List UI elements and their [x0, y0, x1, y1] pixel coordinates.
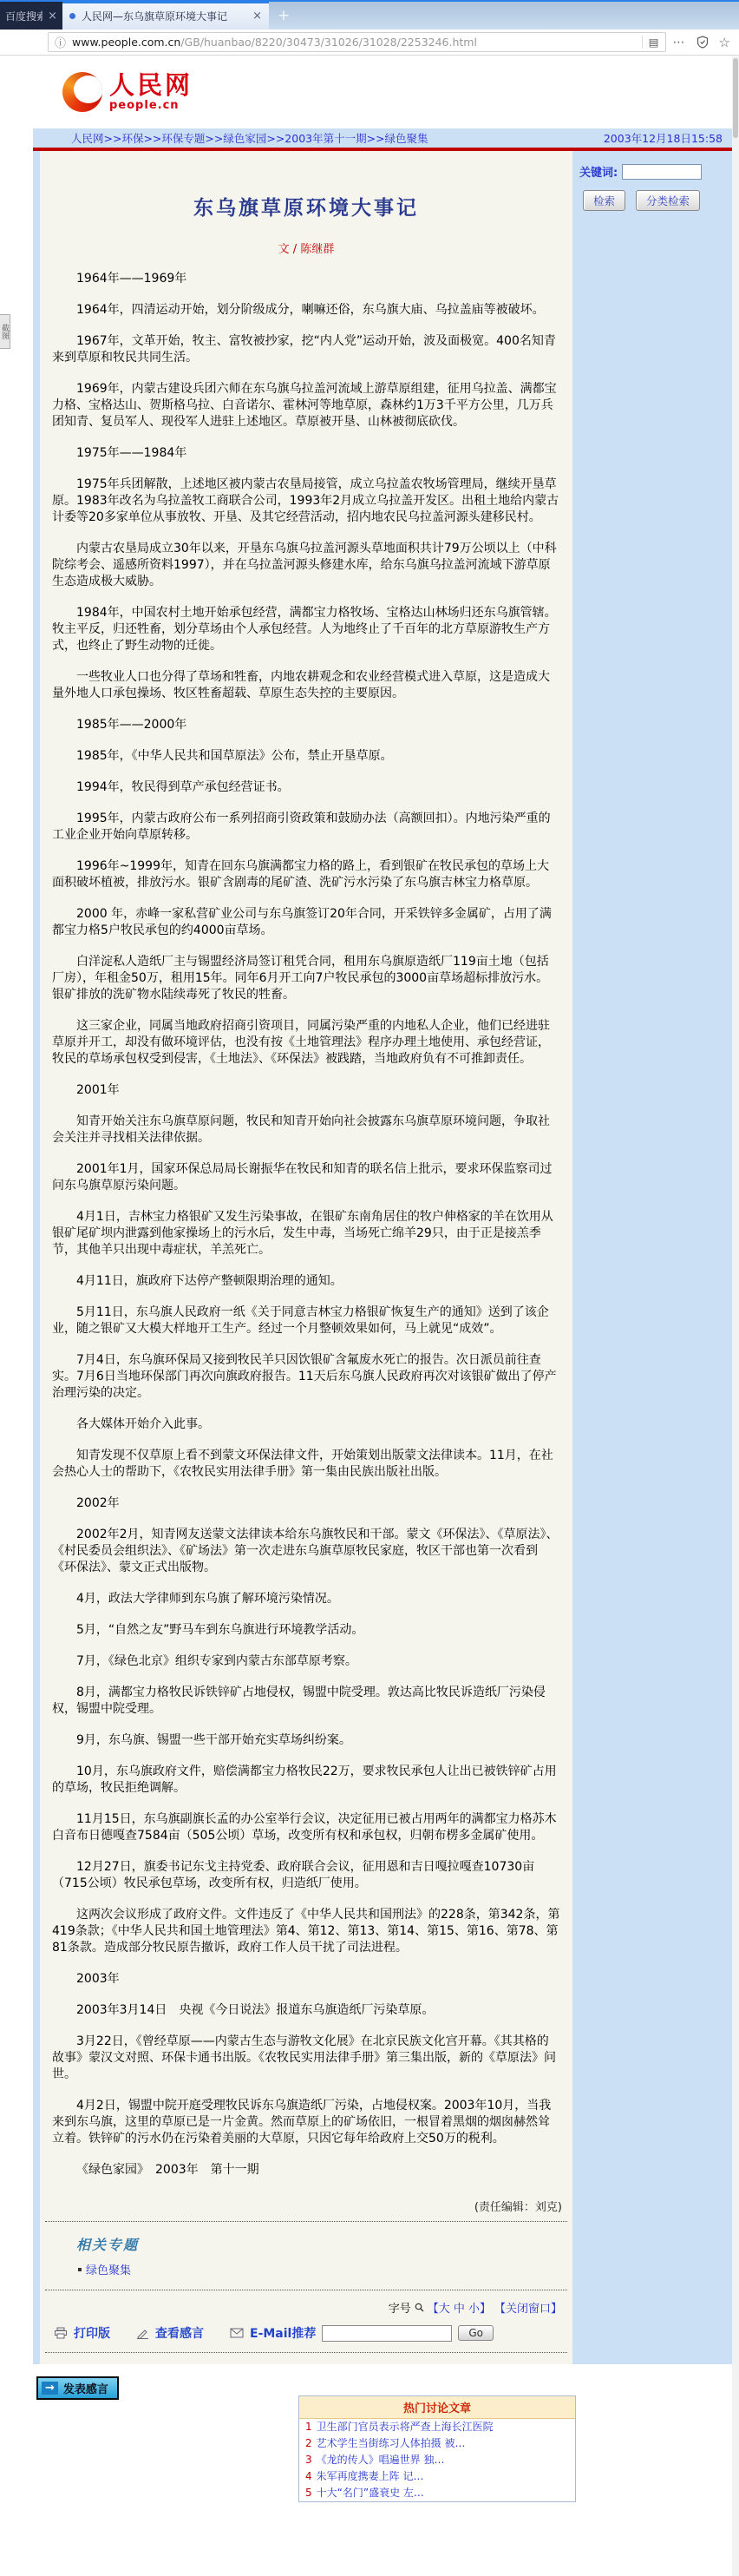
article-paragraph: 白洋淀私人造纸厂主与锡盟经济局签订租凭合同，租用东乌旗原造纸厂119亩土地（包括…: [52, 954, 560, 1003]
article-paragraph: 1964年——1969年: [52, 271, 560, 287]
email-go-button[interactable]: Go: [458, 2325, 494, 2341]
bottom-strip: → 发表感言 热门讨论文章 1 卫生部门官员表示将严查上海长江医院 2: [33, 2364, 733, 2494]
article-paragraph: 2003年3月14日 央视《今日说法》报道东乌旗造纸厂污染草原。: [52, 2002, 560, 2019]
envelope-icon: [230, 2328, 244, 2338]
article-datetime: 2003年12月18日15:58: [604, 130, 723, 146]
site-info-icon[interactable]: ⓘ: [55, 34, 66, 50]
new-tab-button[interactable]: +: [269, 2, 298, 30]
article-paragraph: 5月，“自然之友”野马车到东乌旗进行环境教学活动。: [52, 1622, 560, 1639]
tab-active[interactable]: 人民网—东乌旗草原环境大事记 ×: [62, 2, 269, 30]
hot-articles-box: 热门讨论文章 1 卫生部门官员表示将严查上海长江医院 2 艺术学生当街练习人体拍…: [298, 2395, 576, 2502]
hot-article-row: 4 朱军再度携妻上阵 记…: [299, 2468, 575, 2485]
editor-note: (责任编辑：刘克): [42, 2198, 562, 2214]
tab-active-title: 人民网—东乌旗草原环境大事记: [82, 9, 227, 23]
article-paragraph: 4月1日，吉林宝力格银矿又发生污染事故，在银矿东南角居住的牧户伸格家的羊在饮用从…: [52, 1209, 560, 1258]
urlbar-separator: [642, 36, 643, 49]
printer-icon: [54, 2327, 68, 2339]
font-size-label: 字号: [389, 2299, 411, 2316]
url-path: /GB/huanbao/8220/30473/31026/31028/22532…: [180, 36, 477, 49]
article-paragraph: 1985年——2000年: [52, 717, 560, 733]
hot-article-link[interactable]: 《龙的传人》唱遍世界 独…: [317, 2453, 445, 2468]
hot-article-rank: 4: [305, 2469, 312, 2484]
email-recommend-label[interactable]: E-Mail推荐: [250, 2324, 316, 2342]
article-paragraph: 1975年——1984年: [52, 445, 560, 462]
hot-article-link[interactable]: 朱军再度携妻上阵 记…: [317, 2469, 424, 2484]
related-topic-link[interactable]: 绿色聚集: [78, 2261, 571, 2277]
url-text: www.people.com.cn/GB/huanbao/8220/30473/…: [72, 36, 477, 49]
article-paragraph: 10月，东乌旗政府文件，赔偿满都宝力格牧民22万，要求牧民承包人让出已被铁锌矿占…: [52, 1764, 560, 1797]
tab-background-title: 百度搜索: [5, 9, 43, 23]
hot-article-link[interactable]: 卫生部门官员表示将严查上海长江医院: [317, 2420, 494, 2435]
dotted-divider: [45, 2290, 567, 2290]
article-tools-row: 打印版 查看感言 E-Mail推荐 Go: [54, 2324, 571, 2342]
keyword-search-input[interactable]: [622, 164, 702, 180]
hot-article-row: 2 艺术学生当街练习人体拍摄 被…: [299, 2435, 575, 2452]
hot-articles-title: 热门讨论文章: [299, 2396, 575, 2419]
font-size-row: 字号 【大 中 小】 【关闭窗口】: [42, 2299, 562, 2316]
article-paragraph: 12月27日，旗委书记东戈主持党委、政府联合会议，征用恩和吉日嘎拉嘎查10730…: [52, 1859, 560, 1892]
article-paragraph: 1964年，四清运动开始，划分阶级成分，喇嘛还俗，东乌旗大庙、乌拉盖庙等被破坏。: [52, 302, 560, 319]
toolbar-actions: ⋯ ☆: [673, 35, 730, 50]
hot-article-link[interactable]: 艺术学生当街练习人体拍摄 被…: [317, 2436, 466, 2451]
page-actions-icon[interactable]: ⋯: [673, 36, 686, 49]
site-header: 人民网 people.cn: [33, 56, 733, 128]
article-paragraph: 4月2日，锡盟中院开庭受理牧民诉东乌旗造纸厂污染，占地侵权案。2003年10月，…: [52, 2098, 560, 2147]
hot-article-rank: 5: [305, 2486, 312, 2500]
article-paragraph: 《绿色家园》 2003年 第十一期: [52, 2162, 560, 2178]
article-paragraph: 这三家企业，同属当地政府招商引资项目，同属污染严重的内地私人企业，他们已经进驻草…: [52, 1018, 560, 1068]
dotted-divider: [45, 2221, 567, 2222]
article-paragraph: 8月，满都宝力格牧民诉铁锌矿占地侵权，锡盟中院受理。敦达高比牧民诉造纸厂污染侵权…: [52, 1685, 560, 1718]
article-paragraph: 1969年，内蒙古建设兵团六师在东乌旗乌拉盖河流域上游草原组建，征用乌拉盖、满都…: [52, 381, 560, 430]
hot-article-row: 3 《龙的传人》唱遍世界 独…: [299, 2452, 575, 2468]
shield-icon[interactable]: [696, 36, 709, 49]
article-paragraph: 7月，《绿色北京》组织专家到内蒙古东部草原考察。: [52, 1653, 560, 1670]
article-title: 东乌旗草原环境大事记: [42, 164, 571, 220]
article-paragraph: 11月15日，东乌旗副旗长孟的办公室举行会议，决定征用已被占用两年的满都宝力格苏…: [52, 1811, 560, 1844]
view-comments-link[interactable]: 查看感言: [155, 2324, 204, 2342]
people-cn-logo-mark-icon: [62, 72, 102, 112]
hot-article-link[interactable]: 十大“名门”盛衰史 左…: [317, 2486, 424, 2500]
search-button[interactable]: 检索: [583, 190, 625, 211]
keyword-label: 关键词:: [579, 163, 618, 180]
article-paragraph: 1985年，《中华人民共和国草原法》公布，禁止开垦草原。: [52, 748, 560, 765]
article-paragraph: 4月11日，旗政府下达停产整顿限期治理的通知。: [52, 1273, 560, 1290]
hot-article-rank: 2: [305, 2436, 312, 2451]
font-size-options[interactable]: 【大 中 小】: [428, 2299, 491, 2316]
article-paragraph: 5月11日，东乌旗人民政府一纸《关于同意吉林宝力格银矿恢复生产的通知》送到了该企…: [52, 1304, 560, 1337]
article-paragraph: 2002年: [52, 1495, 560, 1512]
article-paragraph: 2000 年，赤峰一家私营矿业公司与东乌旗签订20年合同，开采铁锌多金属矿，占用…: [52, 906, 560, 939]
article-byline: 文 / 陈继群: [42, 240, 571, 256]
hot-article-row: 1 卫生部门官员表示将严查上海长江医院: [299, 2419, 575, 2435]
breadcrumb[interactable]: 人民网>>环保>>环保专题>>绿色家园>>2003年第十一期>>绿色聚集: [71, 130, 428, 146]
bookmark-star-icon[interactable]: ☆: [719, 35, 730, 50]
article-paragraph: 3月22日，《曾经草原——内蒙古生态与游牧文化展》在北京民族文化宫开幕。《其其格…: [52, 2034, 560, 2083]
page: 人民网 people.cn 人民网>>环保>>环保专题>>绿色家园>>2003年…: [0, 56, 739, 2494]
article-paragraph: 1975年兵团解散，上述地区被内蒙古农垦局接管，成立乌拉盖农牧场管理局，继续开垦…: [52, 476, 560, 526]
post-comment-button[interactable]: → 发表感言: [36, 2376, 119, 2400]
tab-background[interactable]: 百度搜索 ×: [0, 2, 62, 30]
category-search-button[interactable]: 分类检索: [636, 190, 700, 211]
pen-icon: [136, 2328, 149, 2339]
article-paragraph: 1996年~1999年，知青在回东乌旗满都宝力格的路上，看到银矿在牧民承包的草场…: [52, 858, 560, 891]
article-paragraph: 一些牧业人口也分得了草场和牲畜，内地农耕观念和农业经营模式进入草原，这是造成大量…: [52, 669, 560, 702]
article-paragraph: 知青发现不仅草原上看不到蒙文环保法律文件，开始策划出版蒙文法律读本。11月，在社…: [52, 1448, 560, 1481]
article-paragraph: 1994年，牧民得到草产承包经营证书。: [52, 779, 560, 796]
close-window-link[interactable]: 【关闭窗口】: [494, 2299, 562, 2316]
article-paragraph: 1984年，中国农村土地开始承包经营，满都宝力格牧场、宝格达山林场归还东乌旗管辖…: [52, 605, 560, 654]
square-bullet-icon: [78, 2268, 82, 2271]
print-version-link[interactable]: 打印版: [74, 2324, 110, 2342]
article-paragraph: 知青开始关注东乌旗草原问题，牧民和知青开始向社会披露东乌旗草原环境问题，争取社会…: [52, 1114, 560, 1147]
hot-article-row: 5 十大“名门”盛衰史 左…: [299, 2485, 575, 2501]
related-links: 绿色聚集: [42, 2261, 571, 2277]
tab-close-icon[interactable]: ×: [48, 10, 57, 23]
article-paragraph: 这两次会议形成了政府文件。文件违反了《中华人民共和国刑法》的228条，第342条…: [52, 1907, 560, 1956]
article-paragraph: 7月4日，东乌旗环保局又接到牧民羊只因饮银矿含氟废水死亡的报告。次日派员前往查实…: [52, 1352, 560, 1402]
hot-article-rank: 1: [305, 2420, 312, 2435]
arrow-right-icon: →: [42, 2382, 58, 2395]
scrollbar-thumb[interactable]: [733, 58, 738, 138]
people-cn-logo[interactable]: 人民网 people.cn: [62, 72, 193, 112]
magnifier-icon[interactable]: [415, 2303, 424, 2312]
article-paragraph: 9月，东乌旗、锡盟一些干部开始充实草场纠纷案。: [52, 1732, 560, 1749]
article-paragraph: 2002年2月，知青网友送蒙文法律读本给东乌旗牧民和干部。蒙文《环保法》、《草原…: [52, 1527, 560, 1576]
article-paragraph: 1967年，文革开始，牧主、富牧被抄家，挖“内人党”运动开始，波及面极宽。400…: [52, 333, 560, 366]
article-paragraph: 1995年，内蒙古政府公布一系列招商引资政策和鼓励办法（高额回扣）。内地污染严重…: [52, 811, 560, 844]
article-paragraph: 4月，政法大学律师到东乌旗了解环境污染情况。: [52, 1591, 560, 1607]
email-recommend-input[interactable]: [322, 2325, 452, 2342]
url-bar[interactable]: ⓘ www.people.com.cn/GB/huanbao/8220/3047…: [48, 32, 666, 52]
post-comment-label: 发表感言: [63, 2380, 108, 2396]
tab-close-icon[interactable]: ×: [252, 10, 262, 23]
related-topics-header: 相关专题: [76, 2234, 571, 2254]
logo-english-text: people.cn: [109, 99, 193, 112]
url-domain: www.people.com.cn: [72, 36, 180, 49]
hot-article-rank: 3: [305, 2453, 312, 2468]
article-paragraph: 2001年: [52, 1082, 560, 1099]
article-paragraph: 各大媒体开始介入此事。: [52, 1416, 560, 1433]
browser-toolbar: ⓘ www.people.com.cn/GB/huanbao/8220/3047…: [0, 30, 739, 56]
search-sidebar: 关键词: 检索 分类检索: [572, 151, 733, 2364]
side-widget-tab[interactable]: 截图: [0, 314, 10, 349]
page-scrollbar[interactable]: [732, 56, 739, 2576]
article-body: 1964年——1969年 1964年，四清运动开始，划分阶级成分，喇嘛还俗，东乌…: [52, 271, 560, 2178]
breadcrumb-bar: 人民网>>环保>>环保专题>>绿色家园>>2003年第十一期>>绿色聚集 200…: [33, 128, 733, 148]
favicon-dot-icon: [69, 13, 75, 19]
browser-tab-bar: 百度搜索 × 人民网—东乌旗草原环境大事记 × +: [0, 0, 739, 30]
reader-mode-icon[interactable]: ▤: [649, 36, 659, 49]
article-paragraph: 内蒙古农垦局成立30年以来，开垦东乌旗乌拉盖河源头草地面积共计79万公顷以上（中…: [52, 541, 560, 590]
hot-articles-list: 1 卫生部门官员表示将严查上海长江医院 2 艺术学生当街练习人体拍摄 被… 3 …: [299, 2419, 575, 2501]
logo-chinese-text: 人民网: [109, 73, 193, 98]
dotted-divider: [45, 2352, 567, 2353]
article-paragraph: 2003年: [52, 1971, 560, 1988]
article-paragraph: 2001年1月，国家环保总局局长谢振华在牧民和知青的联名信上批示，要求环保监察司…: [52, 1161, 560, 1194]
article-column: 东乌旗草原环境大事记 文 / 陈继群 1964年——1969年 1964年，四清…: [40, 151, 572, 2364]
tab-strip-empty: [298, 2, 739, 30]
